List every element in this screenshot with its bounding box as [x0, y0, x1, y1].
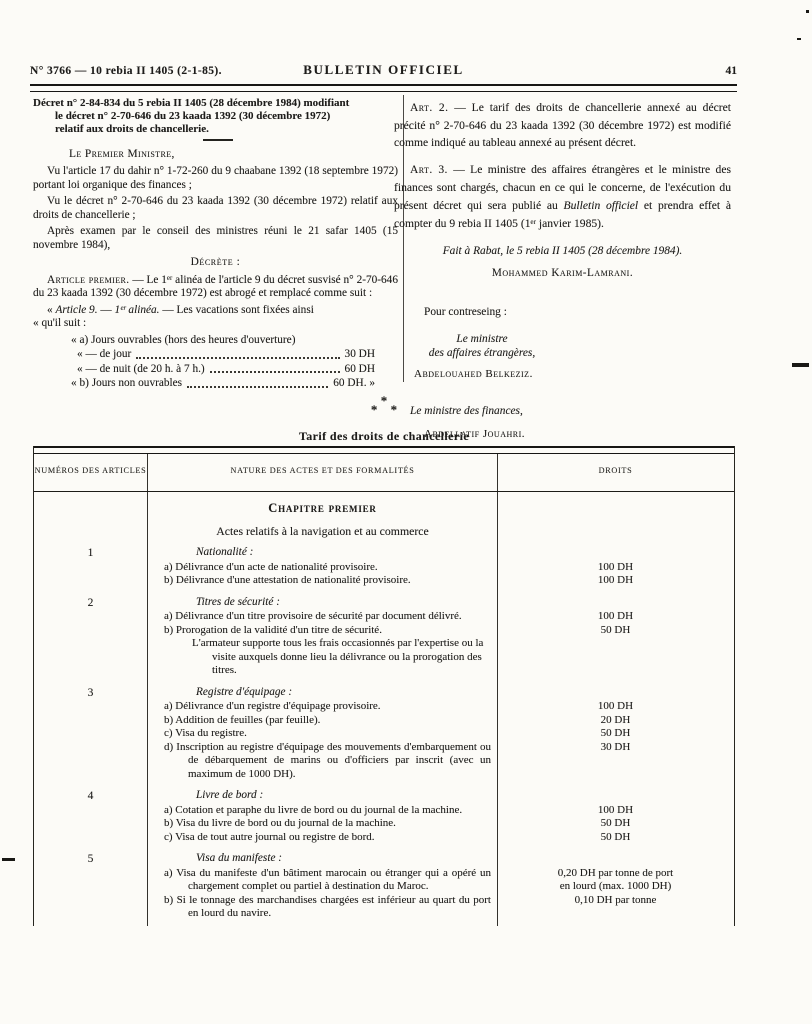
fee-item-text: c) Visa du registre.: [148, 727, 498, 741]
fee-item-row: d) Inscription au registre d'équipage de…: [34, 741, 734, 782]
bulletin-officiel-ref: Bulletin officiel: [564, 199, 639, 212]
signature-prime-minister: Mohammed Karim-Lamrani.: [394, 265, 731, 283]
column-header-droits: DROITS: [498, 454, 733, 491]
visa-paragraph: Vu l'article 17 du dahir n° 1-72-260 du …: [33, 165, 398, 192]
article-row: 1 Nationalité :: [34, 538, 734, 561]
fee-amount: 20 DH: [498, 714, 733, 728]
article-category: Nationalité :: [148, 538, 498, 561]
fee-item-row: b) Addition de feuilles (par feuille). 2…: [34, 714, 734, 728]
chapter-heading-row: Chapitre premier: [34, 492, 734, 516]
fee-item-text: a) Visa du manifeste d'un bâtiment maroc…: [148, 867, 498, 894]
chapter-heading: Chapitre premier: [148, 492, 498, 516]
fee-item-text: a) Délivrance d'un registre d'équipage p…: [148, 700, 498, 714]
scan-artifact: [792, 363, 809, 367]
fee-amount: 100 DH: [498, 610, 733, 624]
fee-item-row: b) Visa du livre de bord ou du journal d…: [34, 817, 734, 831]
article-premier: Article premier. — Le 1ᵉʳ alinéa de l'ar…: [33, 274, 398, 301]
countersign-label: Pour contreseing :: [424, 304, 731, 322]
article-2-lead: Art. 2.: [410, 101, 448, 114]
bulletin-officiel-page: N° 3766 — 10 rebia II 1405 (2-1-85). BUL…: [0, 0, 812, 1024]
quoted-article-text: — Les vacations sont fixées ainsi: [160, 304, 314, 316]
salutation: Le Premier Ministre,: [33, 148, 398, 162]
fee-item-row: b) Délivrance d'une attestation de natio…: [34, 574, 734, 588]
fee-item-row: a) Délivrance d'un titre provisoire de s…: [34, 610, 734, 624]
page-number: 41: [464, 65, 737, 77]
asterism-bottom: * *: [33, 405, 735, 414]
fee-item-text: a) Cotation et paraphe du livre de bord …: [148, 804, 498, 818]
fee-item-text: c) Visa de tout autre journal ou registr…: [148, 831, 498, 845]
issue-info: N° 3766 — 10 rebia II 1405 (2-1-85).: [30, 65, 303, 77]
article-row: 3 Registre d'équipage :: [34, 678, 734, 701]
vacation-label: « — de jour: [77, 348, 131, 362]
fee-amount: 50 DH: [498, 817, 733, 831]
scan-artifact: [797, 38, 801, 40]
fee-item-text: b) Addition de feuilles (par feuille).: [148, 714, 498, 728]
vacation-line: « — de nuit (de 20 h. à 7 h.) 60 DH: [77, 363, 375, 377]
decree-title-line: le décret n° 2-70-646 du 23 kaada 1392 (…: [33, 110, 398, 123]
article-row: 4 Livre de bord :: [34, 781, 734, 804]
title-underline: [203, 139, 233, 141]
fee-amount: 0,20 DH par tonne de port en lourd (max.…: [498, 867, 733, 894]
masthead: N° 3766 — 10 rebia II 1405 (2-1-85). BUL…: [30, 62, 737, 78]
article-number: 2: [34, 588, 148, 611]
article-premier-lead: Article premier.: [47, 274, 129, 286]
article-category: Livre de bord :: [148, 781, 498, 804]
article-2: Art. 2. — Le tarif des droits de chancel…: [394, 99, 731, 152]
article-number: 5: [34, 844, 148, 867]
fee-amount: 30 DH: [498, 741, 733, 782]
minister-title-line: Le ministre: [456, 333, 507, 345]
minister-foreign-affairs-title: Le ministre des affaires étrangères,: [402, 332, 562, 360]
fee-note-text: L'armateur supporte tous les frais occas…: [148, 637, 498, 678]
fee-item-text: b) Visa du livre de bord ou du journal d…: [148, 817, 498, 831]
fee-amount: 0,10 DH par tonne: [498, 894, 733, 921]
fee-amount: 100 DH: [498, 561, 733, 575]
signature-belkeziz: Abdelouahed Belkeziz.: [414, 366, 731, 384]
fee-amount: 100 DH: [498, 574, 733, 588]
publication-title: BULLETIN OFFICIEL: [303, 62, 463, 78]
article-3-lead: Art. 3.: [410, 163, 448, 176]
fee-item-row: a) Délivrance d'un acte de nationalité p…: [34, 561, 734, 575]
article-category: Visa du manifeste :: [148, 844, 498, 867]
vacation-line: « — de jour 30 DH: [77, 348, 375, 362]
scan-artifact: [2, 858, 15, 861]
visa-paragraph: Après examen par le conseil des ministre…: [33, 225, 398, 252]
fee-item-row: b) Si le tonnage des marchandises chargé…: [34, 894, 734, 921]
fee-item-row: a) Délivrance d'un registre d'équipage p…: [34, 700, 734, 714]
fee-amount: 100 DH: [498, 804, 733, 818]
decree-title: Décret n° 2-84-834 du 5 rebia II 1405 (2…: [33, 97, 398, 136]
right-column: Art. 2. — Le tarif des droits de chancel…: [394, 99, 731, 444]
quoted-article-text2: « qu'il suit :: [33, 317, 86, 329]
minister-title-line: des affaires étrangères,: [429, 347, 535, 359]
chapter-subtitle-row: Actes relatifs à la navigation et au com…: [34, 516, 734, 539]
article-category: Titres de sécurité :: [148, 588, 498, 611]
masthead-rule: [30, 84, 737, 92]
tariff-table: NUMÉROS DES ARTICLES NATURE DES ACTES ET…: [33, 446, 735, 926]
fee-item-text: d) Inscription au registre d'équipage de…: [148, 741, 498, 782]
table-body: Chapitre premier Actes relatifs à la nav…: [34, 492, 734, 926]
fee-item-row: c) Visa du registre. 50 DH: [34, 727, 734, 741]
fee-item-text: a) Délivrance d'un titre provisoire de s…: [148, 610, 498, 624]
fee-item-row: b) Prorogation de la validité d'un titre…: [34, 624, 734, 638]
visa-paragraph: Vu le décret n° 2-70-646 du 23 kaada 139…: [33, 195, 398, 222]
fee-item-text: b) Prorogation de la validité d'un titre…: [148, 624, 498, 638]
table-top-rule: [34, 446, 734, 454]
vacation-line: « b) Jours non ouvrables 60 DH. »: [71, 377, 375, 391]
vacation-label: « — de nuit (de 20 h. à 7 h.): [77, 363, 205, 377]
vacation-fee: 60 DH. »: [333, 377, 375, 391]
chapter-subtitle: Actes relatifs à la navigation et au com…: [148, 516, 498, 539]
left-column: Décret n° 2-84-834 du 5 rebia II 1405 (2…: [33, 97, 398, 392]
asterism-separator: * * *: [33, 396, 735, 414]
table-header-row: NUMÉROS DES ARTICLES NATURE DES ACTES ET…: [34, 454, 734, 492]
fee-note-row: L'armateur supporte tous les frais occas…: [34, 637, 734, 678]
separator: —: [98, 304, 115, 316]
quoted-alinea-ref: 1ᵉʳ alinéa.: [114, 304, 159, 316]
vacation-label: « b) Jours non ouvrables: [71, 377, 182, 391]
column-header-nature: NATURE DES ACTES ET DES FORMALITÉS: [148, 454, 498, 491]
article-number: 1: [34, 538, 148, 561]
dateline: Fait à Rabat, le 5 rebia II 1405 (28 déc…: [394, 243, 731, 261]
quoted-article: « Article 9. — 1ᵉʳ alinéa. — Les vacatio…: [33, 304, 398, 331]
column-header-numeros: NUMÉROS DES ARTICLES: [34, 454, 148, 491]
vacation-line: « a) Jours ouvrables (hors des heures d'…: [71, 334, 398, 348]
decree-title-line: relatif aux droits de chancellerie.: [33, 123, 398, 136]
fee-amount: 50 DH: [498, 831, 733, 845]
fee-item-text: a) Délivrance d'un acte de nationalité p…: [148, 561, 498, 575]
fee-amount: 100 DH: [498, 700, 733, 714]
fee-item-row: c) Visa de tout autre journal ou registr…: [34, 831, 734, 845]
fee-item-row: a) Visa du manifeste d'un bâtiment maroc…: [34, 867, 734, 894]
fee-item-text: b) Délivrance d'une attestation de natio…: [148, 574, 498, 588]
table-spacer-row: [34, 921, 734, 926]
vacation-fee: 30 DH: [345, 348, 375, 362]
decrete-heading: Décrète :: [33, 256, 398, 270]
article-3: Art. 3. — Le ministre des affaires étran…: [394, 161, 731, 233]
fee-item-text: b) Si le tonnage des marchandises chargé…: [148, 894, 498, 921]
decree-title-line: Décret n° 2-84-834 du 5 rebia II 1405 (2…: [33, 97, 398, 110]
scan-artifact: [806, 10, 809, 13]
fee-item-row: a) Cotation et paraphe du livre de bord …: [34, 804, 734, 818]
article-row: 2 Titres de sécurité :: [34, 588, 734, 611]
fee-amount: 50 DH: [498, 727, 733, 741]
dot-leader: [136, 357, 339, 359]
article-number: 4: [34, 781, 148, 804]
fee-amount: 50 DH: [498, 624, 733, 638]
article-number: 3: [34, 678, 148, 701]
article-row: 5 Visa du manifeste :: [34, 844, 734, 867]
annex-table-title: Tarif des droits de chancellerie: [33, 429, 735, 444]
dot-leader: [187, 386, 328, 388]
dot-leader: [210, 371, 340, 373]
article-category: Registre d'équipage :: [148, 678, 498, 701]
vacation-fee: 60 DH: [345, 363, 375, 377]
quoted-article-ref: Article 9.: [55, 304, 97, 316]
